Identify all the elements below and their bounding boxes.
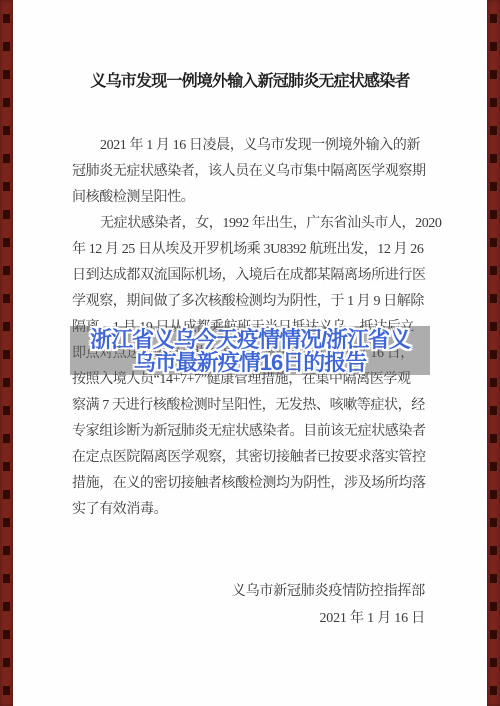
- document-line: 专家组诊断为新冠肺炎无症状感染者。目前该无症状感染者: [72, 419, 428, 445]
- screenshot-canvas: 义乌市发现一例境外输入新冠肺炎无症状感染者 2021 年 1 月 16 日凌晨，…: [0, 0, 500, 706]
- date-line: 2021 年 1 月 16 日: [232, 605, 425, 632]
- signature-line: 义乌市新冠肺炎疫情防控指挥部: [232, 578, 425, 605]
- seo-title-overlay: 浙江省义乌今天疫情情况/浙江省义 乌市最新疫情16日的报告: [70, 326, 430, 375]
- left-border-stitch-marks: [3, 4, 10, 706]
- document-line: 实了有效消毒。: [72, 497, 428, 523]
- document-line: 在定点医院隔离医学观察，其密切接触者已按要求落实管控: [72, 445, 428, 471]
- overlay-title-line1: 浙江省义乌今天疫情情况/浙江省义: [90, 328, 410, 351]
- document-line: 学观察，期间做了多次核酸检测均为阴性，于 1 月 9 日解除: [72, 289, 428, 315]
- left-border-strip: [0, 0, 13, 706]
- overlay-title-line2: 乌市最新疫情16日的报告: [134, 351, 366, 374]
- document-line: 措施，在义的密切接触者核酸检测均为阴性，涉及场所均落: [72, 471, 428, 497]
- document-line: 冠肺炎无症状感染者，该人员在义乌市集中隔离医学观察期: [72, 159, 428, 185]
- document-line: 年 12 月 25 日从埃及开罗机场乘 3U8392 航班出发，12 月 26: [72, 237, 428, 263]
- right-border-stitch-marks: [490, 4, 497, 706]
- document-line: 无症状感染者，女，1992 年出生，广东省汕头市人，2020: [72, 211, 428, 237]
- document-line: 2021 年 1 月 16 日凌晨，义乌市发现一例境外输入的新: [72, 133, 428, 159]
- document-line: 间核酸检测呈阳性。: [72, 185, 428, 211]
- document-line: 日到达成都双流国际机场，入境后在成都某隔离场所进行医: [72, 263, 428, 289]
- right-border-strip: [487, 0, 500, 706]
- document-line: 察满 7 天进行核酸检测时呈阳性，无发热、咳嗽等症状，经: [72, 393, 428, 419]
- signature-block: 义乌市新冠肺炎疫情防控指挥部 2021 年 1 月 16 日: [232, 578, 425, 632]
- document-title: 义乌市发现一例境外输入新冠肺炎无症状感染者: [13, 68, 487, 91]
